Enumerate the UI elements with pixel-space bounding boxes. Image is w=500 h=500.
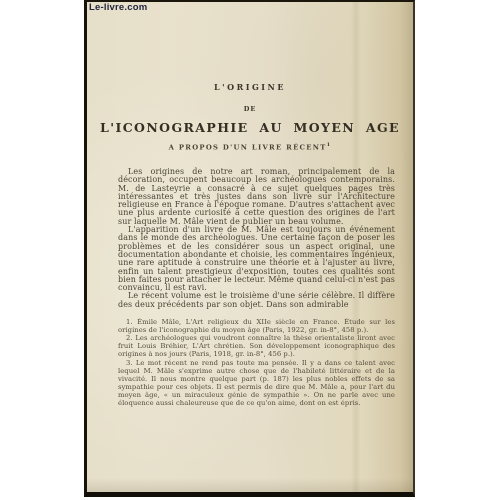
title-line-de: DE xyxy=(87,105,413,113)
subtitle-footnote-marker: 1 xyxy=(327,142,332,148)
footnote: 2. Les archéologues qui voudront connaît… xyxy=(118,334,395,358)
page-background: Le-livre.com L'ORIGINE DE L'ICONOGRAPHIE… xyxy=(0,0,500,500)
title-line-origine: L'ORIGINE xyxy=(87,82,413,92)
footnotes-block: 1. Émile Mâle, L'Art religieux du XIIe s… xyxy=(118,318,395,407)
paragraph: Les origines de notre art roman, princip… xyxy=(118,168,395,226)
body-text: Les origines de notre art roman, princip… xyxy=(118,168,395,407)
paragraph: L'apparition d'un livre de M. Mâle est t… xyxy=(118,226,395,292)
watermark-le-livre: Le-livre.com xyxy=(89,2,147,13)
subtitle-text: A PROPOS D'UN LIVRE RÉCENT xyxy=(169,143,327,151)
subtitle: A PROPOS D'UN LIVRE RÉCENT1 xyxy=(87,142,413,151)
scanned-book-page: Le-livre.com L'ORIGINE DE L'ICONOGRAPHIE… xyxy=(84,0,415,497)
paragraph: Le récent volume est le troisième d'une … xyxy=(118,292,395,309)
footnote: 3. Le mot récent ne rend pas toute ma pe… xyxy=(118,359,395,408)
title-main: L'ICONOGRAPHIE AU MOYEN AGE xyxy=(87,120,413,135)
footnote: 1. Émile Mâle, L'Art religieux du XIIe s… xyxy=(118,318,395,334)
title-block: L'ORIGINE DE L'ICONOGRAPHIE AU MOYEN AGE… xyxy=(87,82,413,151)
